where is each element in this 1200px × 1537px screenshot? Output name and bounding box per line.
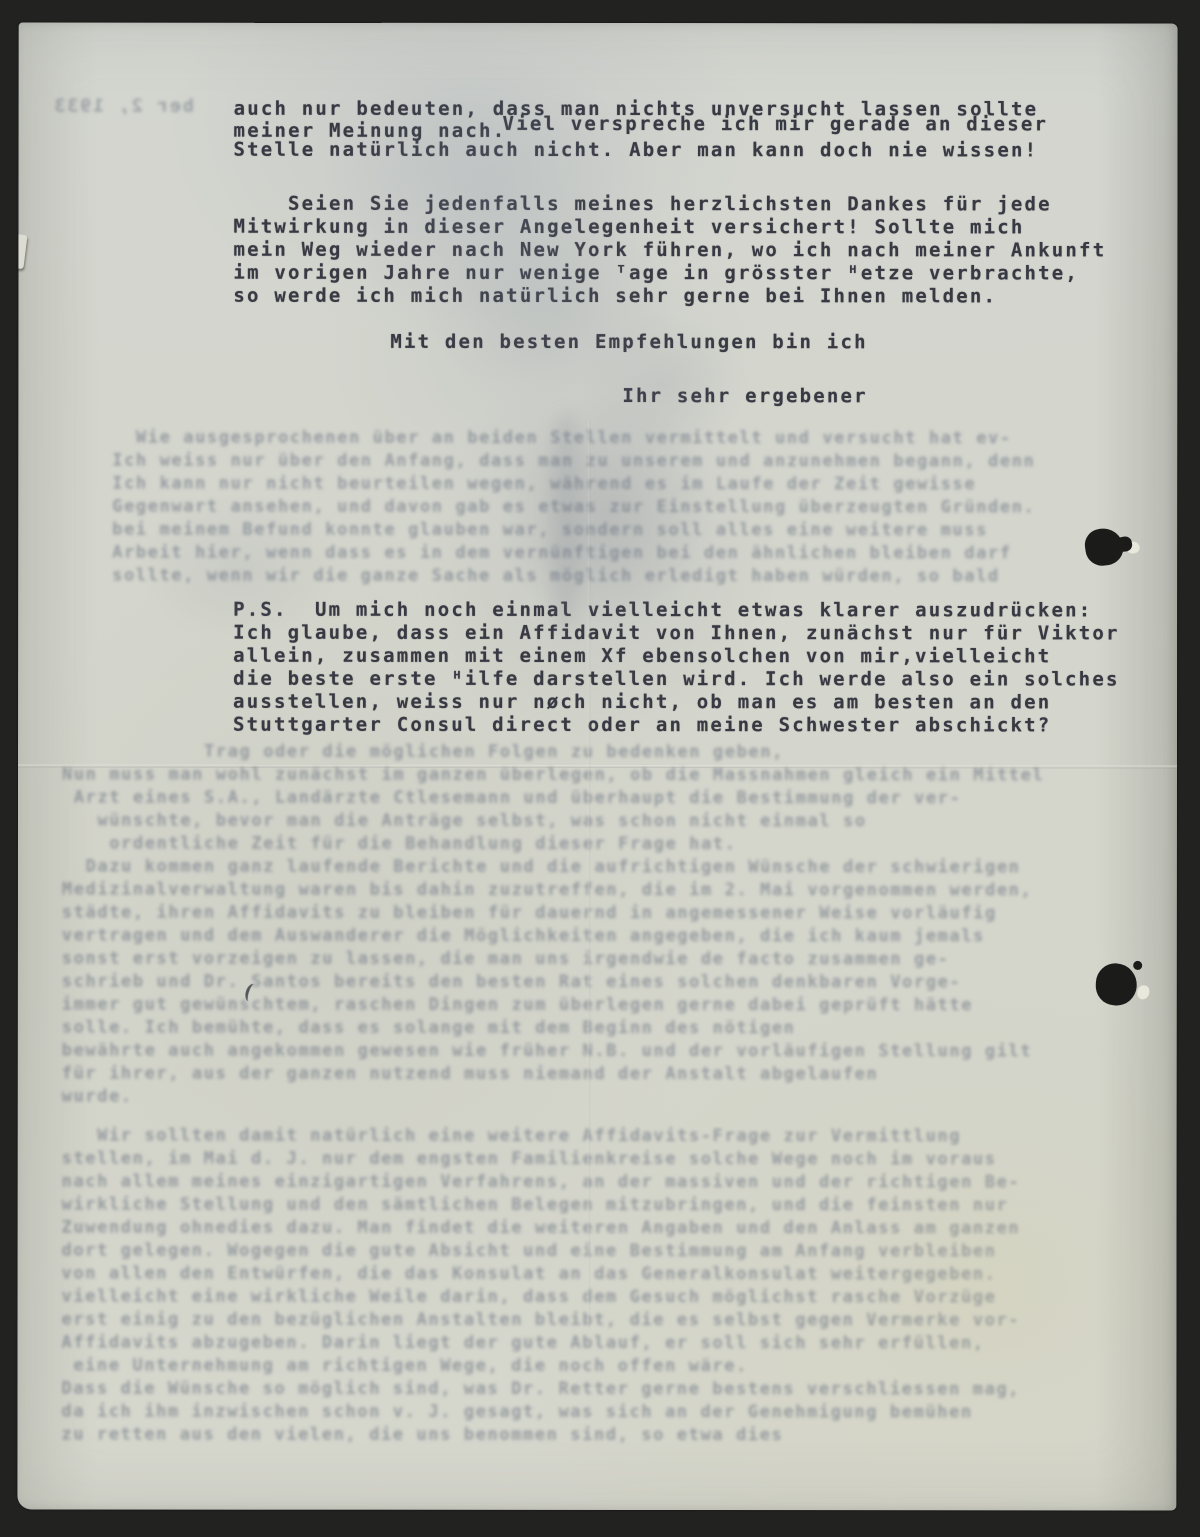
bleedthrough-date-fragment: ber 2, 1933	[53, 95, 194, 118]
crease-shadow	[550, 413, 580, 633]
letter-signoff: Ihr sehr ergebener	[622, 385, 868, 408]
punch-hole-bottom	[1094, 962, 1138, 1007]
punch-hole-top	[1083, 526, 1126, 568]
letter-page: ber 2, 1933 auch nur bedeuten, dass man …	[17, 22, 1177, 1510]
bleedthrough-block-b: Trag oder die möglichen Folgen zu bedenk…	[62, 741, 1045, 1110]
edge-tear	[17, 234, 27, 269]
letter-closing: Mit den besten Empfehlungen bin ich	[390, 331, 867, 354]
letter-postscript: P.S. Um mich noch einmal vielleicht etwa…	[233, 599, 1120, 738]
letter-line-2b-raised: Viel verspreche ich mir gerade an dieser	[503, 113, 1049, 136]
bleedthrough-block-c: Wir sollten damit natürlich eine weitere…	[61, 1125, 1020, 1448]
letter-paragraph-2: Seien Sie jedenfalls meines herzlichsten…	[233, 193, 1106, 309]
letter-line-3: Stelle natürlich auch nicht. Aber man ka…	[234, 139, 1039, 163]
scan-canvas: { "document": { "kind": "typewritten-let…	[0, 0, 1200, 1537]
